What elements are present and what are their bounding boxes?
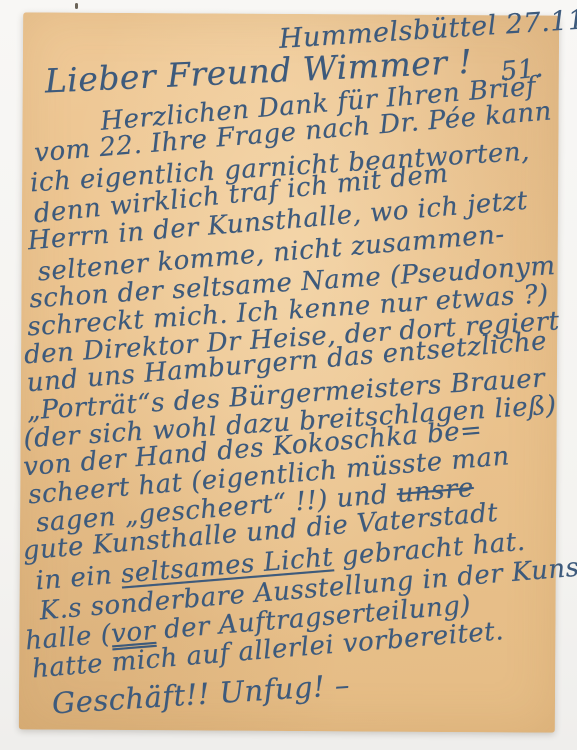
- letter-paper: Hummelsbüttel 27.11. 51. Lieber Freund W…: [19, 12, 559, 732]
- dust-speck: [75, 3, 78, 9]
- scan-background: Hummelsbüttel 27.11. 51. Lieber Freund W…: [0, 0, 577, 750]
- letter-body: Hummelsbüttel 27.11. 51. Lieber Freund W…: [19, 12, 559, 732]
